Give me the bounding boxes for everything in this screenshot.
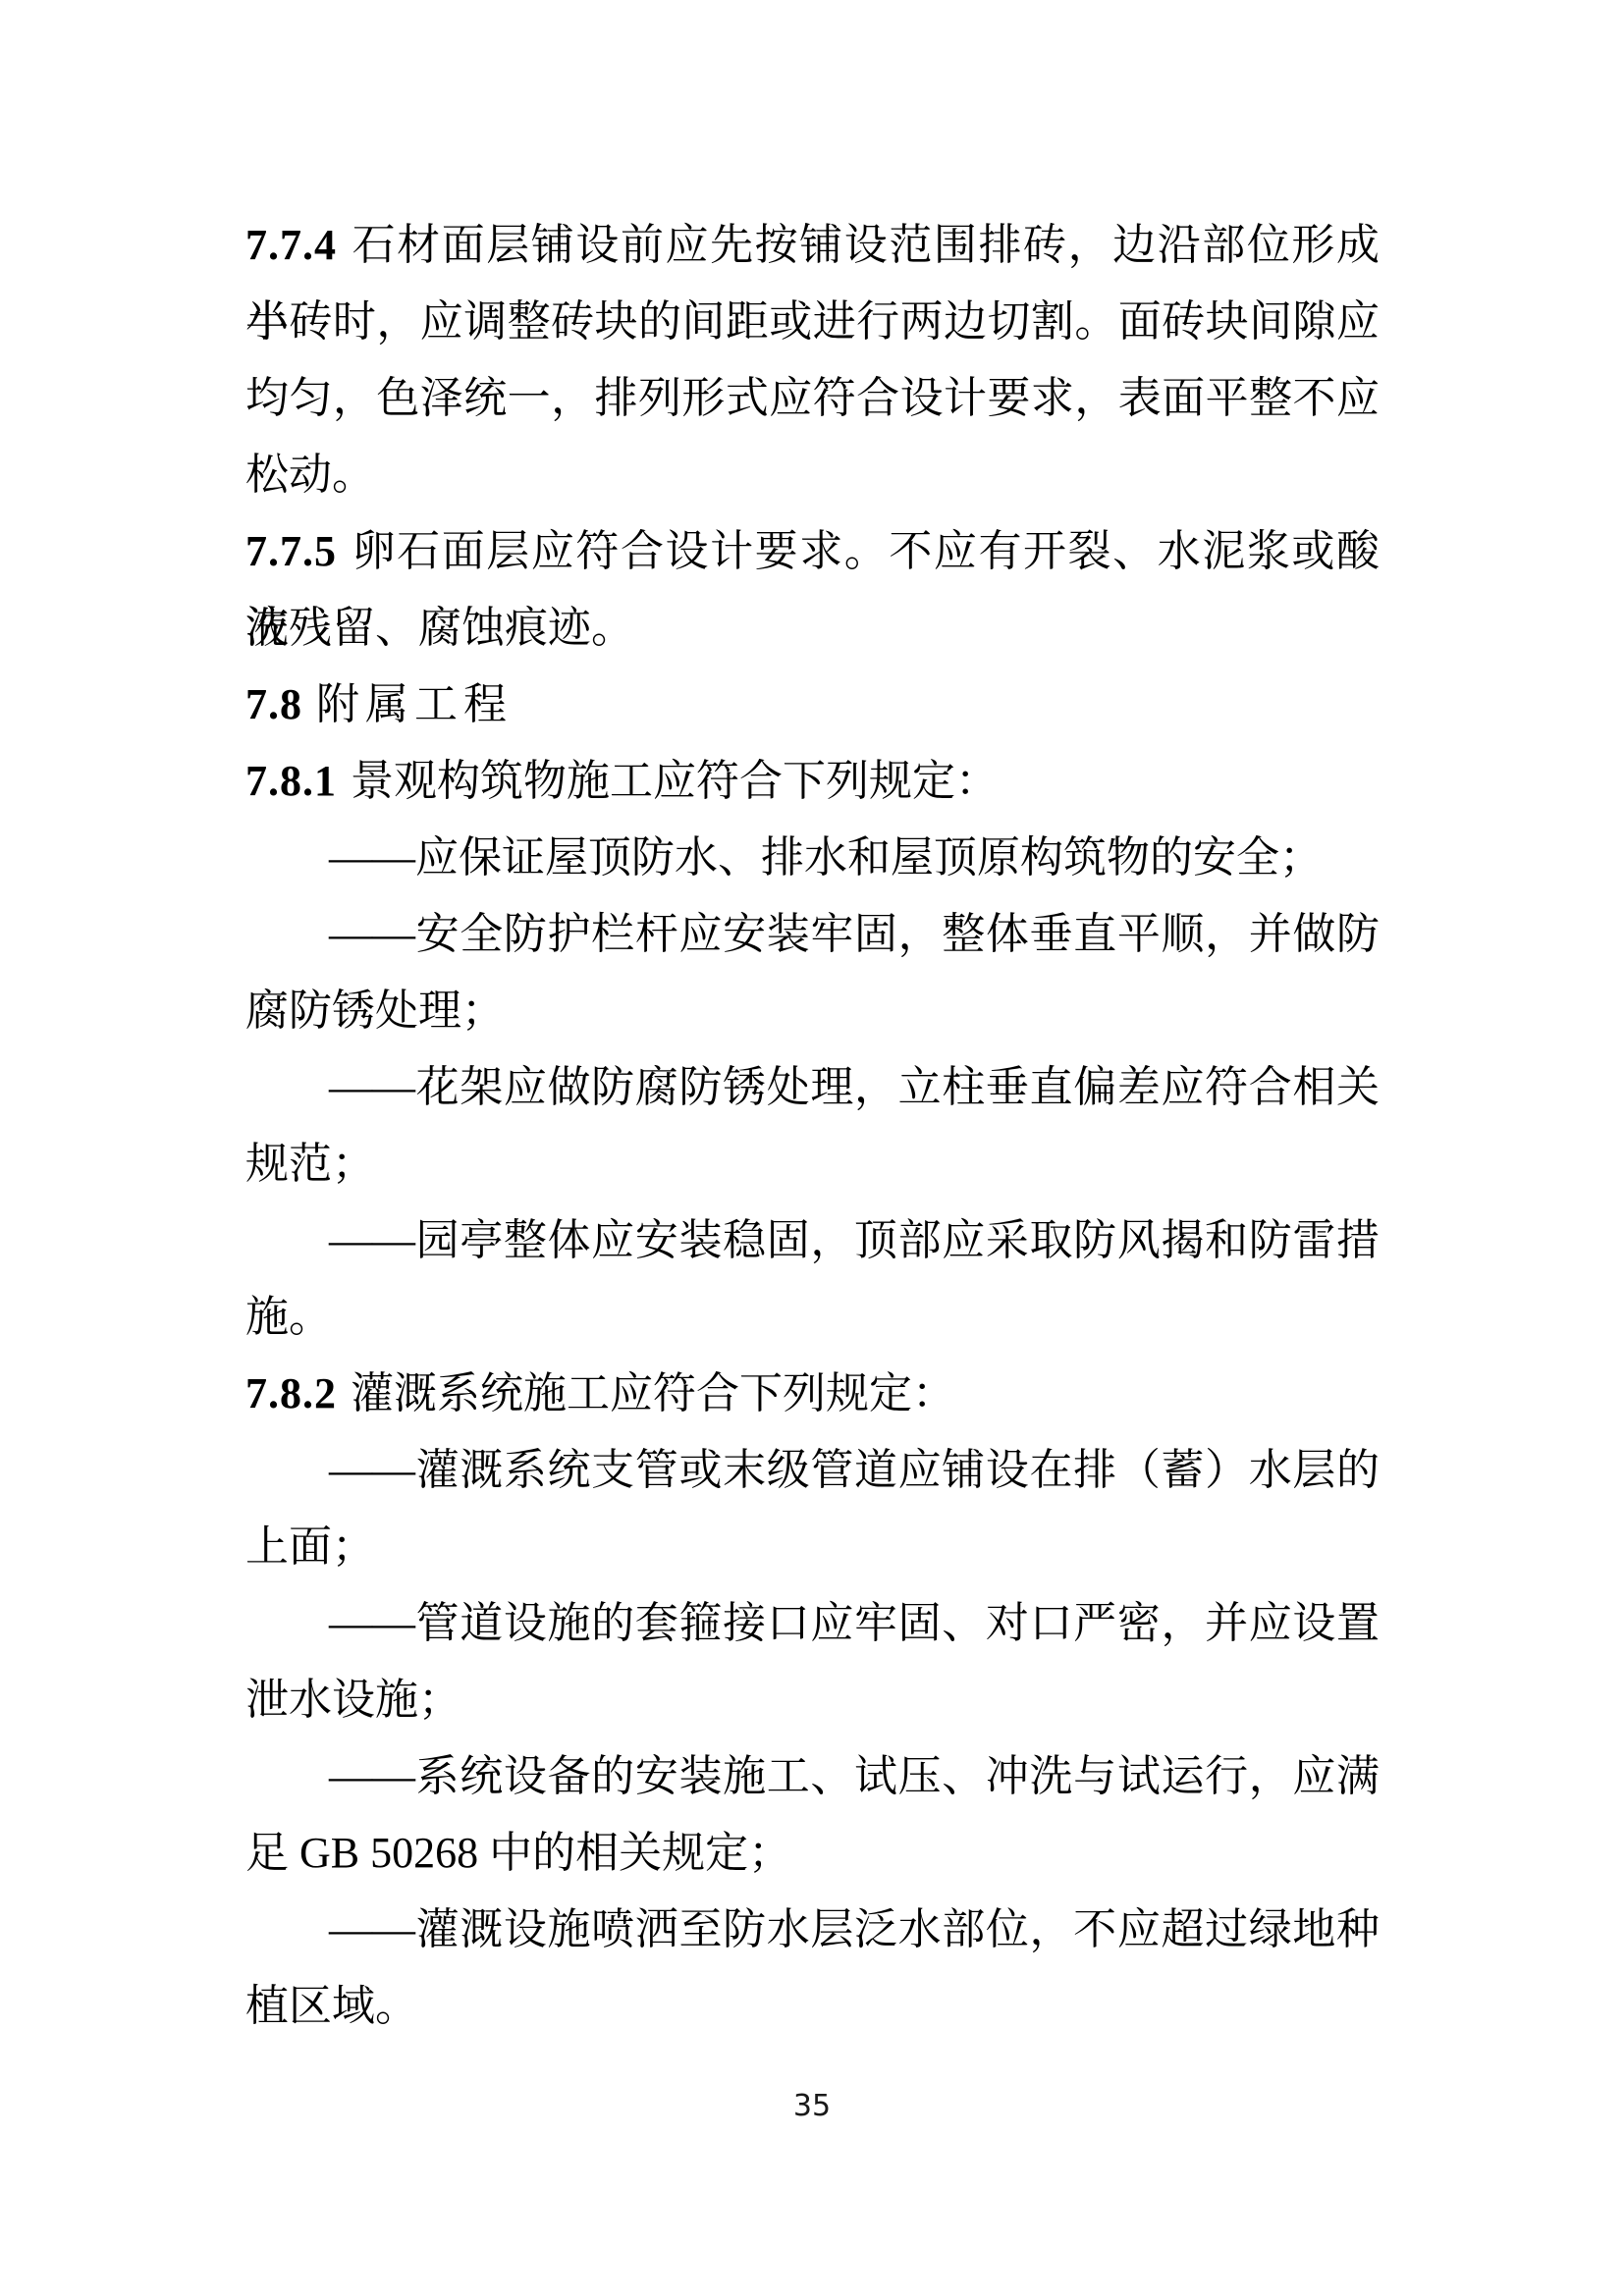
line-text: 景观构筑物施工应符合下列规定： — [351, 757, 999, 805]
text-line: 均匀，色泽统一，排列形式应符合设计要求，表面平整不应 — [245, 360, 1380, 437]
line-text: ——花架应做防腐防锈处理，立柱垂直偏差应符合相关 — [329, 1063, 1380, 1111]
line-text: 附属工程 — [316, 680, 513, 728]
line-text: 植区域。 — [245, 1982, 418, 2030]
text-line: ——灌溉设施喷洒至防水层泛水部位，不应超过绿地种 — [245, 1892, 1380, 1968]
text-line: ——灌溉系统支管或末级管道应铺设在排（蓄）水层的 — [245, 1432, 1380, 1509]
clause-number: 7.8.1 — [245, 757, 337, 805]
line-text: ——应保证屋顶防水、排水和屋顶原构筑物的安全； — [329, 833, 1323, 881]
document-page: 7.7.4石材面层铺设前应先按铺设范围排砖，边沿部位形成小半砖时，应调整砖块的间… — [0, 0, 1624, 2296]
line-text: ——安全防护栏杆应安装牢固，整体垂直平顺，并做防 — [329, 910, 1380, 958]
line-text: ——系统设备的安装施工、试压、冲洗与试运行，应满 — [329, 1752, 1380, 1800]
page-number: 35 — [0, 2089, 1624, 2123]
line-text: 均匀，色泽统一，排列形式应符合设计要求，表面平整不应 — [245, 374, 1380, 422]
line-text: ——灌溉系统支管或末级管道应铺设在排（蓄）水层的 — [329, 1446, 1380, 1494]
line-text: 半砖时，应调整砖块的间距或进行两边切割。面砖块间隙应 — [245, 297, 1380, 346]
clause-number: 7.8.2 — [245, 1369, 337, 1417]
text-line: 松动。 — [245, 437, 1380, 513]
line-text: 液残留、腐蚀痕迹。 — [245, 604, 634, 652]
line-text: 上面； — [245, 1522, 375, 1571]
line-text: 灌溉系统施工应符合下列规定： — [351, 1369, 955, 1417]
text-line: 规范； — [245, 1126, 1380, 1202]
clause-number: 7.7.5 — [245, 527, 337, 575]
text-line: ——安全防护栏杆应安装牢固，整体垂直平顺，并做防 — [245, 896, 1380, 973]
text-line: ——园亭整体应安装稳固，顶部应采取防风揭和防雷措 — [245, 1202, 1380, 1279]
section-heading-line: 7.8附属工程 — [245, 667, 1380, 743]
line-text: ——园亭整体应安装稳固，顶部应采取防风揭和防雷措 — [329, 1216, 1380, 1264]
line-text: 施。 — [245, 1293, 332, 1341]
text-line: 足 GB 50268 中的相关规定； — [245, 1815, 1380, 1892]
line-text: 规范； — [245, 1140, 375, 1188]
text-line: ——管道设施的套箍接口应牢固、对口严密，并应设置 — [245, 1585, 1380, 1662]
text-line: 液残留、腐蚀痕迹。 — [245, 590, 1380, 667]
text-line: ——花架应做防腐防锈处理，立柱垂直偏差应符合相关 — [245, 1049, 1380, 1126]
text-line: ——应保证屋顶防水、排水和屋顶原构筑物的安全； — [245, 820, 1380, 896]
line-text: ——管道设施的套箍接口应牢固、对口严密，并应设置 — [329, 1599, 1380, 1647]
line-text: 足 GB 50268 中的相关规定； — [245, 1829, 791, 1877]
text-line: 半砖时，应调整砖块的间距或进行两边切割。面砖块间隙应 — [245, 284, 1380, 360]
text-line: 施。 — [245, 1279, 1380, 1356]
line-text: ——灌溉设施喷洒至防水层泛水部位，不应超过绿地种 — [329, 1905, 1380, 1953]
text-line: ——系统设备的安装施工、试压、冲洗与试运行，应满 — [245, 1738, 1380, 1815]
line-text: 松动。 — [245, 451, 375, 499]
clause-number: 7.8 — [245, 680, 302, 728]
text-line: 7.8.1景观构筑物施工应符合下列规定： — [245, 743, 1380, 820]
document-body: 7.7.4石材面层铺设前应先按铺设范围排砖，边沿部位形成小半砖时，应调整砖块的间… — [245, 207, 1380, 2045]
text-line: 泄水设施； — [245, 1662, 1380, 1738]
line-text: 腐防锈处理； — [245, 987, 505, 1035]
text-line: 7.7.4石材面层铺设前应先按铺设范围排砖，边沿部位形成小 — [245, 207, 1380, 284]
clause-number: 7.7.4 — [245, 221, 337, 269]
text-line: 7.7.5卵石面层应符合设计要求。不应有开裂、水泥浆或酸洗 — [245, 513, 1380, 590]
text-line: 上面； — [245, 1509, 1380, 1585]
text-line: 腐防锈处理； — [245, 973, 1380, 1049]
line-text: 泄水设施； — [245, 1676, 461, 1724]
text-line: 7.8.2灌溉系统施工应符合下列规定： — [245, 1356, 1380, 1432]
text-line: 植区域。 — [245, 1968, 1380, 2045]
